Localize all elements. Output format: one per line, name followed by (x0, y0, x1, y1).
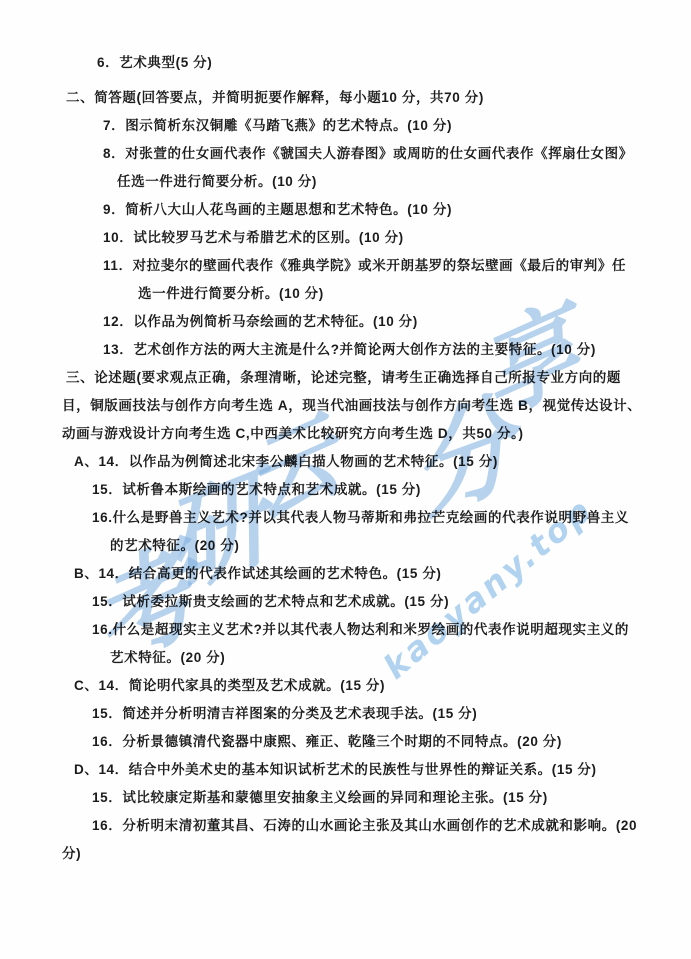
text-line: 11．对拉斐尔的壁画代表作《雅典学院》或米开朗基罗的祭坛壁画《最后的审判》任 (0, 252, 691, 280)
text-line: 任选一件进行简要分析。(10 分) (0, 168, 691, 196)
text-line: 6．艺术典型(5 分) (0, 49, 691, 77)
text-line: 16．分析明末清初董其昌、石涛的山水画论主张及其山水画创作的艺术成就和影响。(2… (0, 812, 691, 840)
text-line: 艺术特征。(20 分) (0, 644, 691, 672)
exam-question-text: 6．艺术典型(5 分)二、简答题(回答要点，并简明扼要作解释，每小题10 分，共… (0, 49, 691, 868)
text-line: 15．简述并分析明清吉祥图案的分类及艺术表现手法。(15 分) (0, 700, 691, 728)
text-line: 7．图示简析东汉铜雕《马踏飞燕》的艺术特点。(10 分) (0, 112, 691, 140)
text-line: 10．试比较罗马艺术与希腊艺术的区别。(10 分) (0, 224, 691, 252)
text-line: 分) (0, 840, 691, 868)
text-line: 二、简答题(回答要点，并简明扼要作解释，每小题10 分，共70 分) (0, 84, 691, 112)
text-line: 16．分析景德镇清代瓷器中康熙、雍正、乾隆三个时期的不同特点。(20 分) (0, 728, 691, 756)
text-line: B、14．结合高更的代表作试述其绘画的艺术特色。(15 分) (0, 560, 691, 588)
text-line: 13．艺术创作方法的两大主流是什么?并简论两大创作方法的主要特征。(10 分) (0, 336, 691, 364)
text-line: 8．对张萱的仕女画代表作《虢国夫人游春图》或周昉的仕女画代表作《挥扇仕女图》 (0, 140, 691, 168)
text-line: 选一件进行简要分析。(10 分) (0, 280, 691, 308)
text-line: 12．以作品为例简析马奈绘画的艺术特征。(10 分) (0, 308, 691, 336)
text-line: 目，铜版画技法与创作方向考生选 A，现当代油画技法与创作方向考生选 B，视觉传达… (0, 392, 691, 420)
text-line: 动画与游戏设计方向考生选 C,中西美术比较研究方向考生选 D，共50 分。) (0, 420, 691, 448)
text-line: 16.什么是超现实主义艺术?并以其代表人物达利和米罗绘画的代表作说明超现实主义的 (0, 616, 691, 644)
text-line: 15．试析鲁本斯绘画的艺术特点和艺术成就。(15 分) (0, 476, 691, 504)
text-line: 三、论述题(要求观点正确，条理清晰，论述完整，请考生正确选择自己所报专业方向的题 (0, 364, 691, 392)
text-line: 16.什么是野兽主义艺术?并以其代表人物马蒂斯和弗拉芒克绘画的代表作说明野兽主义 (0, 504, 691, 532)
text-line: 15．试比较康定斯基和蒙德里安抽象主义绘画的异同和理论主张。(15 分) (0, 784, 691, 812)
text-line: 9．简析八大山人花鸟画的主题思想和艺术特色。(10 分) (0, 196, 691, 224)
text-line: 15．试析委拉斯贵支绘画的艺术特点和艺术成就。(15 分) (0, 588, 691, 616)
text-line: C、14．简论明代家具的类型及艺术成就。(15 分) (0, 672, 691, 700)
text-line: 的艺术特征。(20 分) (0, 532, 691, 560)
text-line: A、14．以作品为例简述北宋李公麟白描人物画的艺术特征。(15 分) (0, 448, 691, 476)
exam-paper-page: 6．艺术典型(5 分)二、简答题(回答要点，并简明扼要作解释，每小题10 分，共… (0, 0, 691, 959)
text-line: D、14．结合中外美术史的基本知识试析艺术的民族性与世界性的辩证关系。(15 分… (0, 756, 691, 784)
